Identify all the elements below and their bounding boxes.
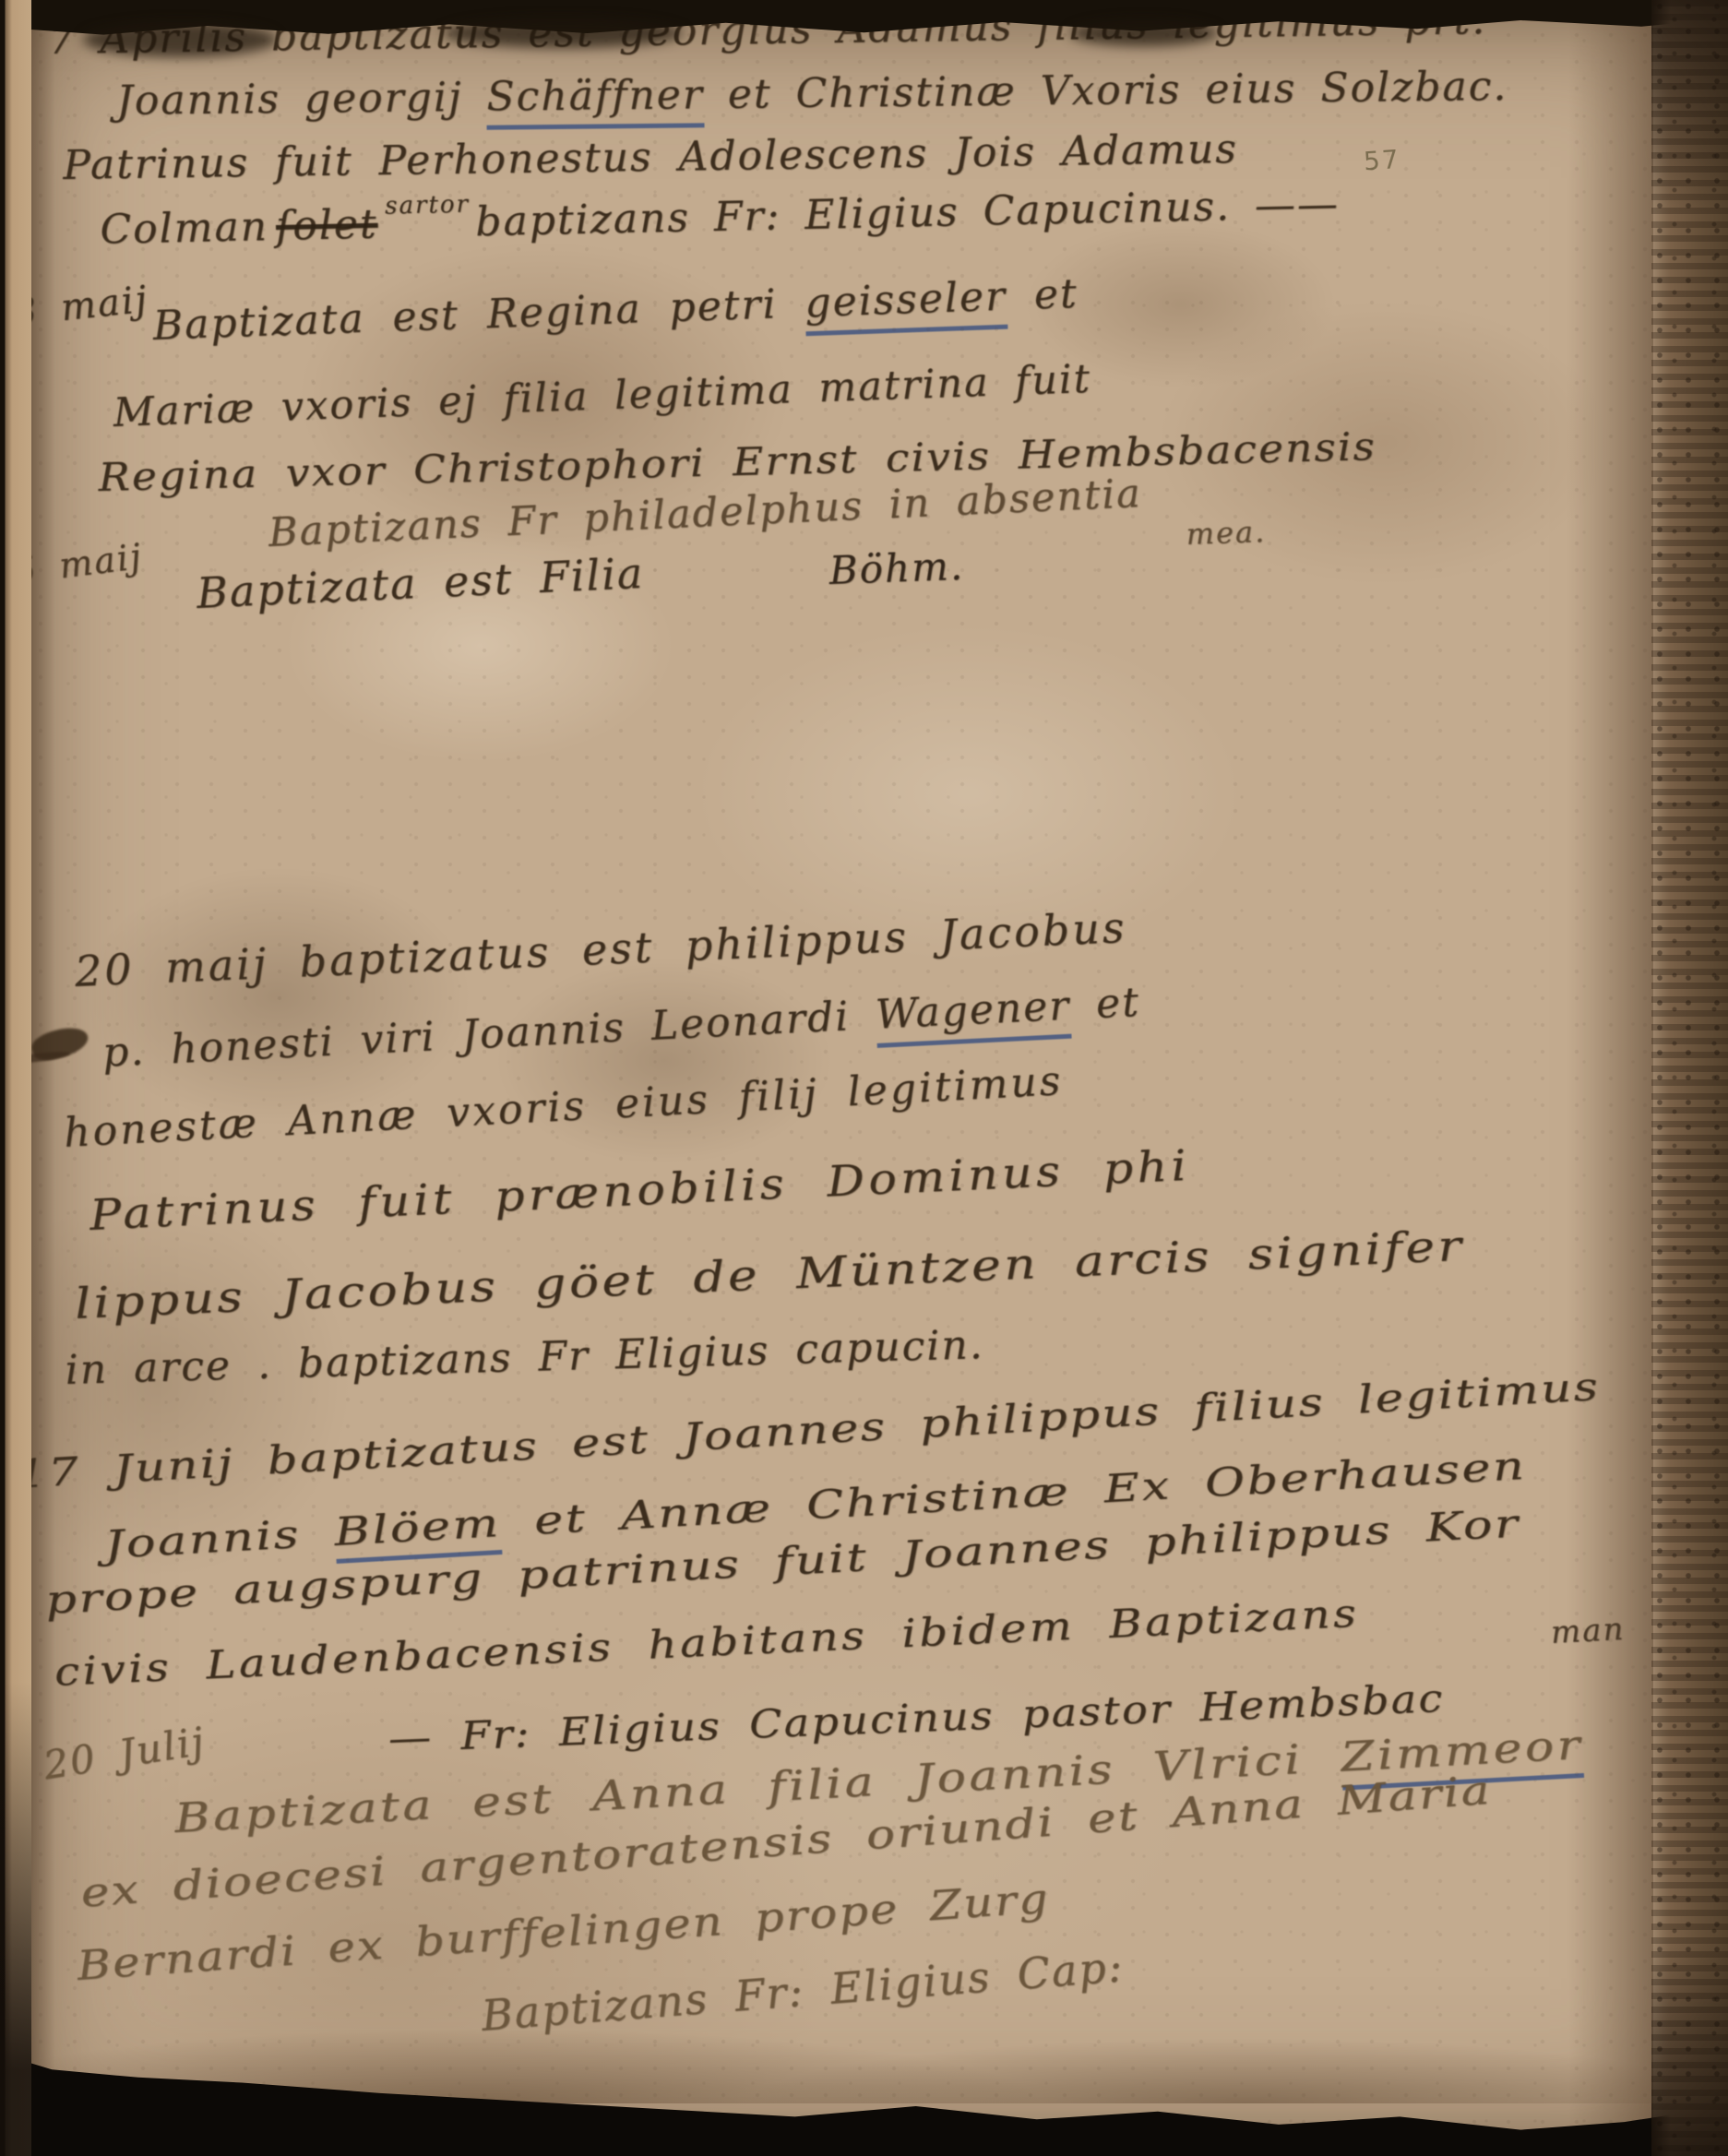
left-gutter <box>0 0 31 2156</box>
page-number: 57 <box>1363 147 1400 175</box>
entry-1-line-2-pre: Joannis georgij <box>116 74 487 125</box>
entry-3-margin-note: Böhm. <box>828 545 965 592</box>
surname-underlined: Schäffner <box>486 71 704 129</box>
top-edge-blob <box>83 22 277 57</box>
manuscript-scan: 57 7 Aprilis baptizatus est georgius Ada… <box>0 0 1728 2156</box>
entry-5-line-3-wrap: man <box>1550 1613 1626 1651</box>
struck-word: ſolet <box>275 201 378 250</box>
page-curvature-shadow <box>1568 0 1653 2156</box>
entry-2-line-4-wrap: mea. <box>1186 516 1267 551</box>
entry-1-line-4-name: Colman <box>100 203 269 254</box>
top-edge-blob <box>443 18 683 48</box>
surname-underlined: Wagener <box>875 983 1072 1048</box>
entry-2-line-1-post: et <box>1006 270 1079 320</box>
right-page-edge-texture <box>1651 0 1728 2156</box>
entry-4-line-2-post: et <box>1069 979 1141 1030</box>
entry-1-line-2-post: et Christinæ Vxoris eius Solzbac. <box>704 63 1508 118</box>
top-edge-blob <box>1070 20 1218 46</box>
interlinear-insertion: sartor <box>385 191 470 220</box>
surname-underlined: geisseler <box>804 273 1008 337</box>
